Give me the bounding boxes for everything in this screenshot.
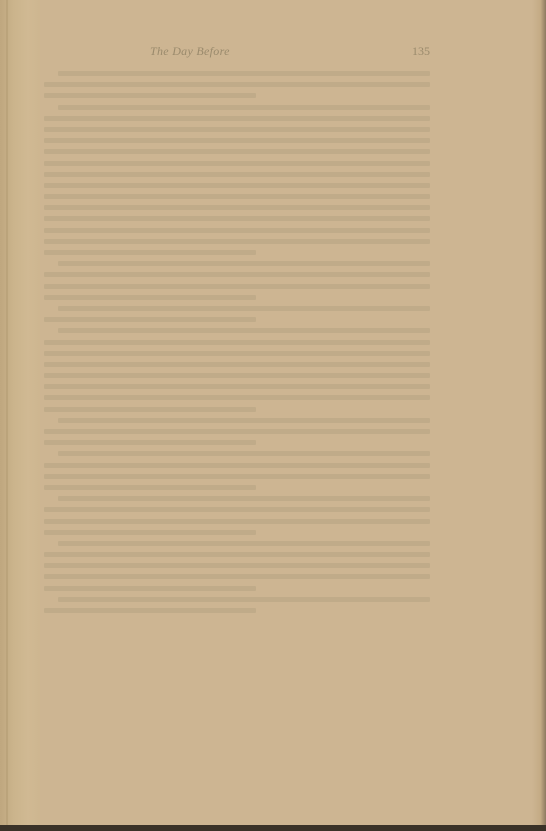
illegible-text-line <box>44 158 430 169</box>
illegible-text-line <box>44 348 430 359</box>
illegible-text-line <box>44 381 430 392</box>
illegible-text-line <box>44 213 430 224</box>
illegible-text-line <box>44 303 430 314</box>
illegible-text-line <box>44 113 430 124</box>
illegible-text-line <box>44 594 430 605</box>
illegible-text-line <box>44 370 430 381</box>
paragraph <box>44 415 430 449</box>
illegible-text-line <box>44 404 430 415</box>
paragraph <box>44 303 430 325</box>
illegible-text-line <box>44 437 430 448</box>
illegible-text-line <box>44 549 430 560</box>
paragraph <box>44 68 430 102</box>
illegible-text-line <box>44 124 430 135</box>
illegible-text-line <box>44 135 430 146</box>
running-header: The Day Before 135 <box>44 44 430 62</box>
scan-bottom-edge <box>0 825 546 831</box>
illegible-text-line <box>44 258 430 269</box>
illegible-text-line <box>44 571 430 582</box>
paragraph <box>44 102 430 259</box>
illegible-text-line <box>44 504 430 515</box>
illegible-text-line <box>44 314 430 325</box>
book-page: The Day Before 135 <box>44 44 430 616</box>
illegible-text-line <box>44 236 430 247</box>
illegible-text-line <box>44 180 430 191</box>
illegible-text-line <box>44 583 430 594</box>
illegible-text-line <box>44 448 430 459</box>
illegible-text-line <box>44 605 430 616</box>
body-text <box>44 68 430 616</box>
illegible-text-line <box>44 516 430 527</box>
illegible-text-line <box>44 146 430 157</box>
illegible-text-line <box>44 247 430 258</box>
illegible-text-line <box>44 269 430 280</box>
gutter-shadow <box>6 0 8 831</box>
illegible-text-line <box>44 493 430 504</box>
illegible-text-line <box>44 292 430 303</box>
illegible-text-line <box>44 460 430 471</box>
illegible-text-line <box>44 325 430 336</box>
paragraph <box>44 493 430 538</box>
illegible-text-line <box>44 68 430 79</box>
illegible-text-line <box>44 191 430 202</box>
paragraph <box>44 448 430 493</box>
paragraph <box>44 594 430 616</box>
paragraph <box>44 325 430 415</box>
illegible-text-line <box>44 471 430 482</box>
paragraph <box>44 258 430 303</box>
illegible-text-line <box>44 426 430 437</box>
illegible-text-line <box>44 90 430 101</box>
illegible-text-line <box>44 482 430 493</box>
illegible-text-line <box>44 225 430 236</box>
illegible-text-line <box>44 281 430 292</box>
illegible-text-line <box>44 538 430 549</box>
illegible-text-line <box>44 169 430 180</box>
illegible-text-line <box>44 527 430 538</box>
page-number: 135 <box>412 44 430 59</box>
illegible-text-line <box>44 337 430 348</box>
page-edge <box>532 0 546 831</box>
illegible-text-line <box>44 359 430 370</box>
paragraph <box>44 538 430 594</box>
running-title: The Day Before <box>150 44 230 59</box>
illegible-text-line <box>44 79 430 90</box>
illegible-text-line <box>44 202 430 213</box>
illegible-text-line <box>44 392 430 403</box>
illegible-text-line <box>44 102 430 113</box>
illegible-text-line <box>44 560 430 571</box>
illegible-text-line <box>44 415 430 426</box>
